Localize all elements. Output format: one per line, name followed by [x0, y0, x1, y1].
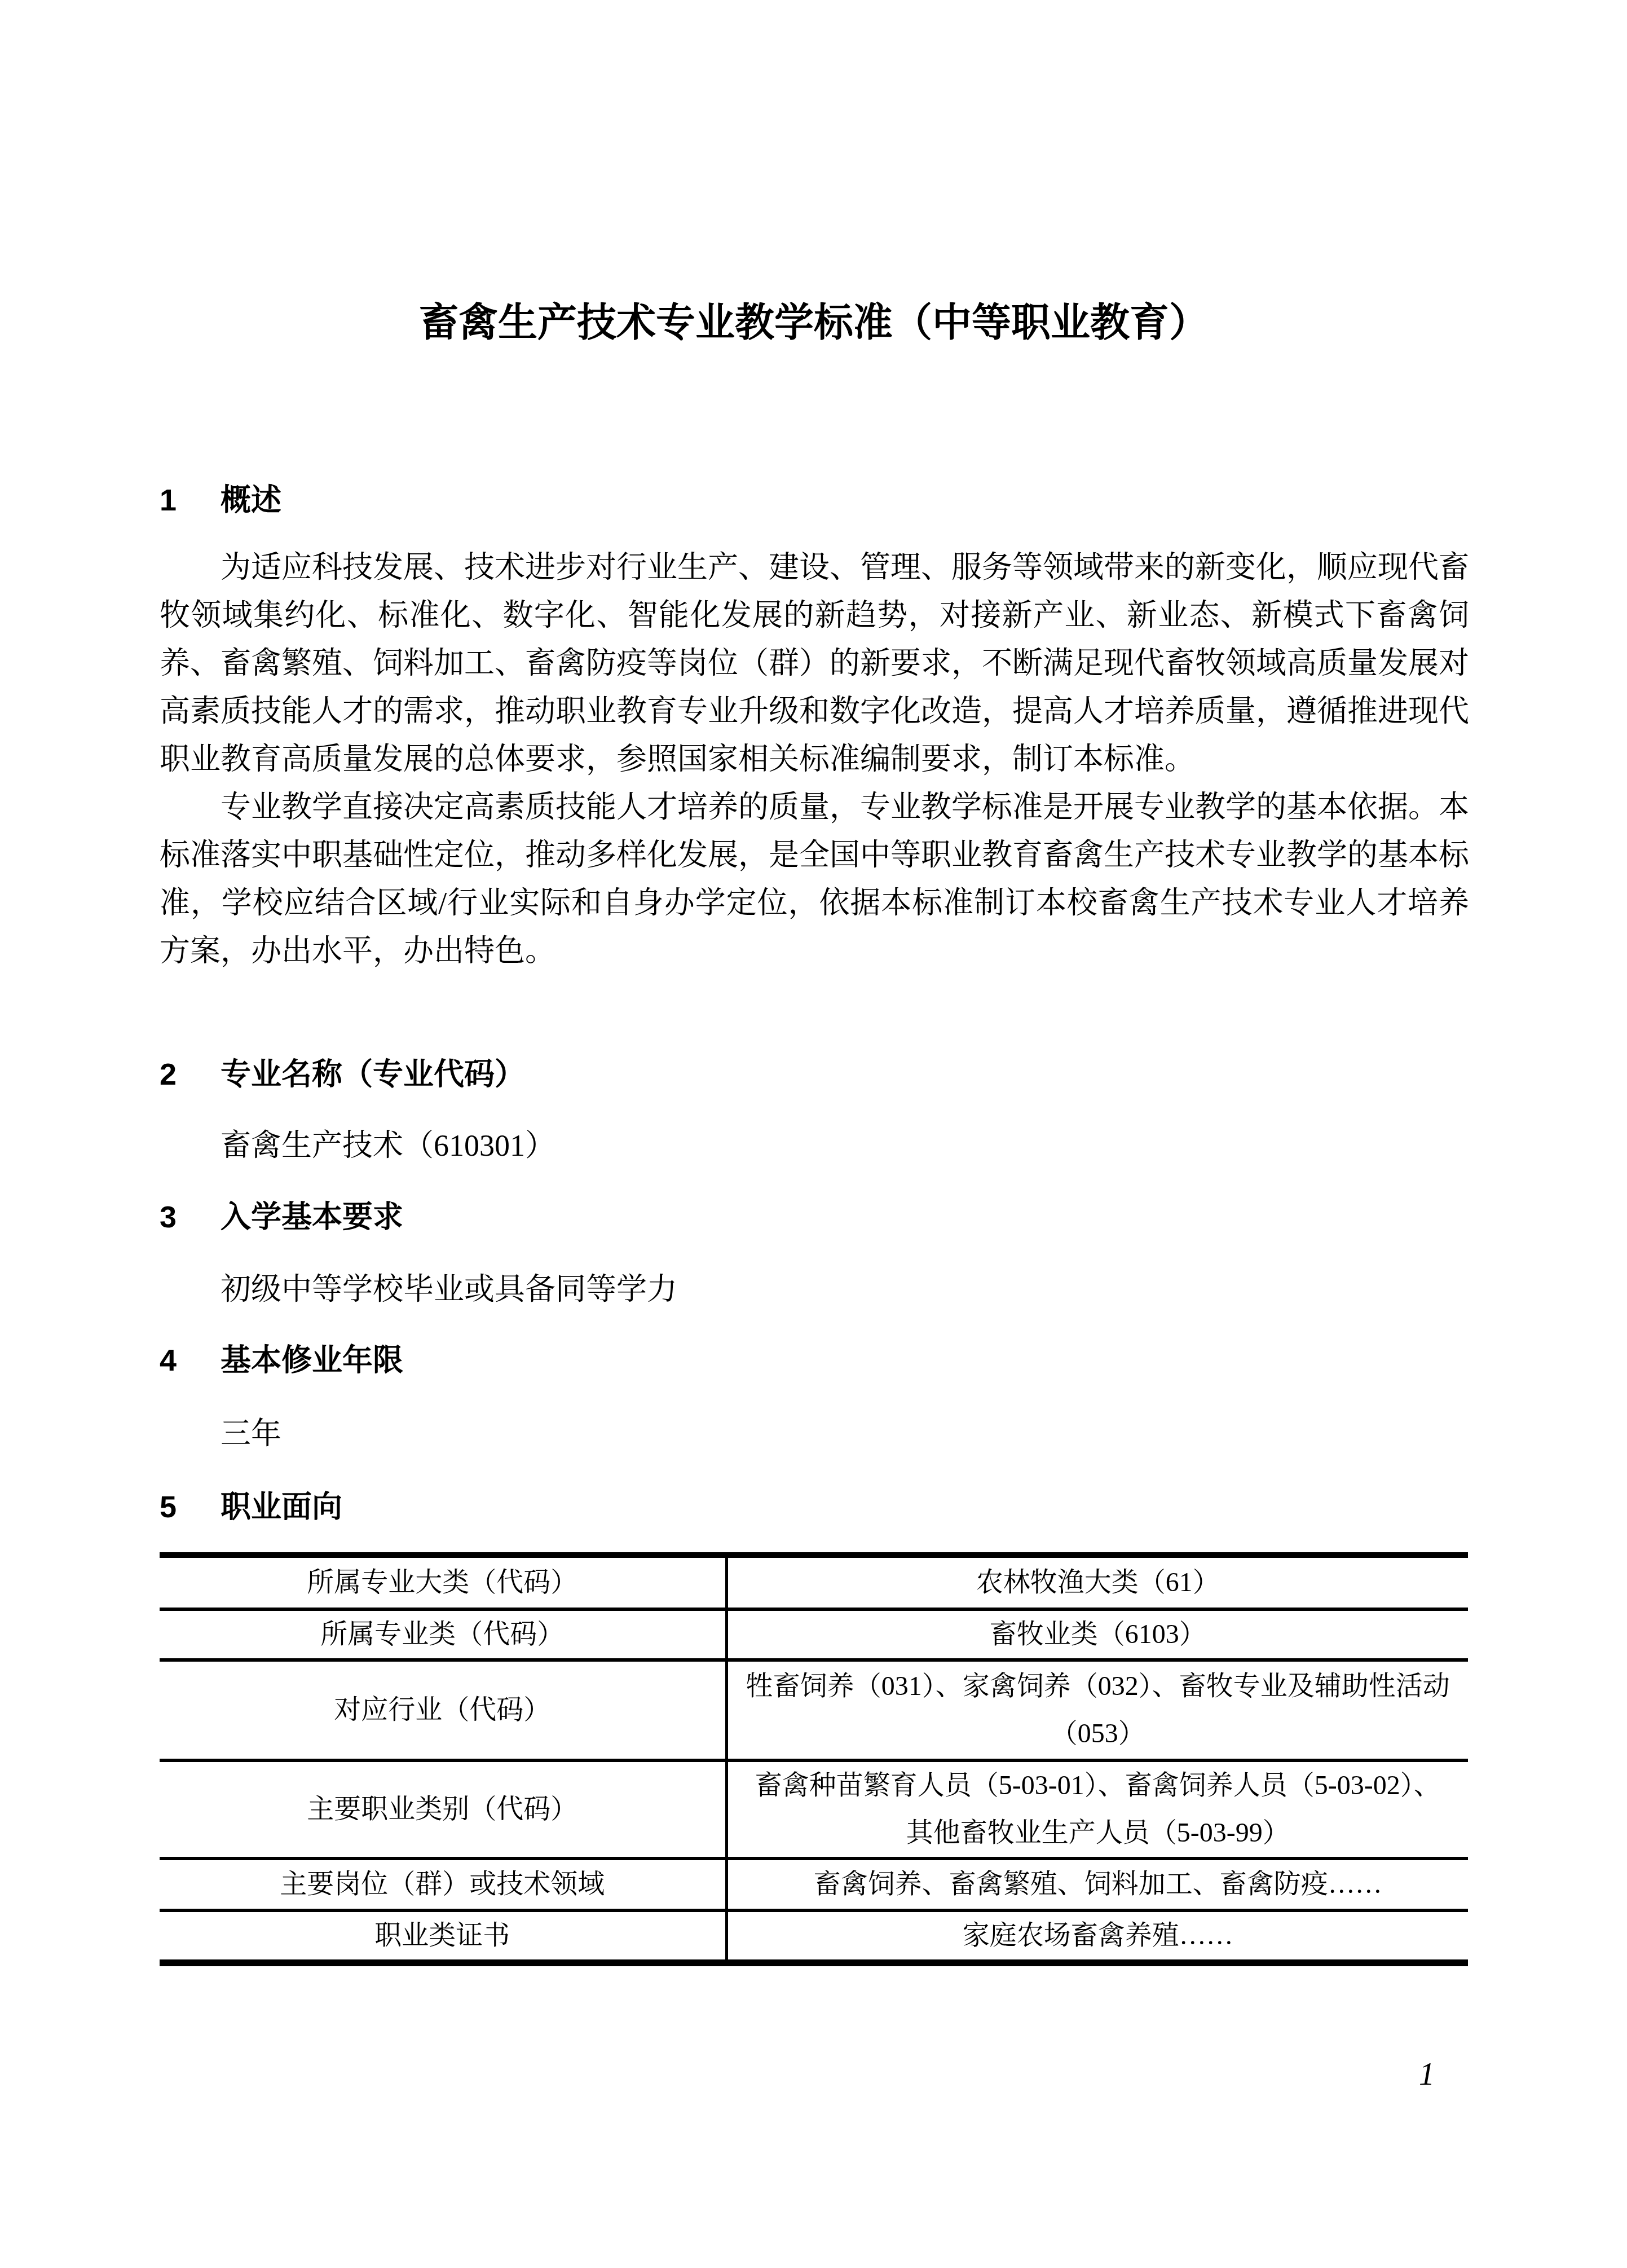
row-label: 主要岗位（群）或技术领域: [160, 1859, 726, 1910]
section-3-number: 3: [160, 1199, 221, 1235]
section-1-number: 1: [160, 482, 221, 518]
section-5-title: 职业面向: [221, 1489, 342, 1525]
section-4-title: 基本修业年限: [221, 1342, 403, 1379]
table-row: 所属专业类（代码） 畜牧业类（6103）: [160, 1609, 1468, 1660]
section-2-title: 专业名称（专业代码）: [221, 1056, 525, 1093]
entry-requirement: 初级中等学校毕业或具备同等学力: [160, 1266, 1469, 1314]
row-value: 牲畜饲养（031）、家禽饲养（032）、畜牧专业及辅助性活动（053）: [726, 1660, 1468, 1760]
section-4-heading: 4 基本修业年限: [160, 1342, 1468, 1379]
section-3-heading: 3 入学基本要求: [160, 1199, 1468, 1235]
career-orientation-table: 所属专业大类（代码） 农林牧渔大类（61） 所属专业类（代码） 畜牧业类（610…: [160, 1552, 1468, 1966]
row-value: 畜牧业类（6103）: [726, 1609, 1468, 1660]
overview-paragraph-1: 为适应科技发展、技术进步对行业生产、建设、管理、服务等领域带来的新变化，顺应现代…: [160, 544, 1469, 783]
table-row: 所属专业大类（代码） 农林牧渔大类（61）: [160, 1555, 1468, 1609]
row-value: 农林牧渔大类（61）: [726, 1555, 1468, 1609]
section-4-number: 4: [160, 1342, 221, 1379]
row-label: 主要职业类别（代码）: [160, 1760, 726, 1859]
document-page: 畜禽生产技术专业教学标准（中等职业教育） 1 概述 为适应科技发展、技术进步对行…: [0, 0, 1627, 2268]
row-value: 畜禽种苗繁育人员（5-03-01）、畜禽饲养人员（5-03-02）、其他畜牧业生…: [726, 1760, 1468, 1859]
section-1-heading: 1 概述: [160, 482, 1468, 518]
section-2-number: 2: [160, 1056, 221, 1093]
section-3-title: 入学基本要求: [221, 1199, 403, 1235]
row-value: 畜禽饲养、畜禽繁殖、饲料加工、畜禽防疫……: [726, 1859, 1468, 1910]
section-5-heading: 5 职业面向: [160, 1489, 1468, 1525]
section-5-number: 5: [160, 1489, 221, 1525]
table-row: 主要职业类别（代码） 畜禽种苗繁育人员（5-03-01）、畜禽饲养人员（5-03…: [160, 1760, 1468, 1859]
row-label: 所属专业大类（代码）: [160, 1555, 726, 1609]
row-label: 职业类证书: [160, 1910, 726, 1963]
major-name-code: 畜禽生产技术（610301）: [160, 1122, 1469, 1170]
row-value: 家庭农场畜禽养殖……: [726, 1910, 1468, 1963]
table-row: 对应行业（代码） 牲畜饲养（031）、家禽饲养（032）、畜牧专业及辅助性活动（…: [160, 1660, 1468, 1760]
overview-paragraph-2: 专业教学直接决定高素质技能人才培养的质量，专业教学标准是开展专业教学的基本依据。…: [160, 783, 1469, 975]
row-label: 对应行业（代码）: [160, 1660, 726, 1760]
row-label: 所属专业类（代码）: [160, 1609, 726, 1660]
section-1-title: 概述: [221, 482, 281, 518]
overview-paragraphs: 为适应科技发展、技术进步对行业生产、建设、管理、服务等领域带来的新变化，顺应现代…: [160, 544, 1469, 975]
table-row: 主要岗位（群）或技术领域 畜禽饲养、畜禽繁殖、饲料加工、畜禽防疫……: [160, 1859, 1468, 1910]
document-title: 畜禽生产技术专业教学标准（中等职业教育）: [160, 301, 1468, 346]
section-2-heading: 2 专业名称（专业代码）: [160, 1056, 1468, 1093]
study-duration: 三年: [160, 1410, 1469, 1458]
page-number: 1: [1387, 2058, 1466, 2091]
table-row: 职业类证书 家庭农场畜禽养殖……: [160, 1910, 1468, 1963]
